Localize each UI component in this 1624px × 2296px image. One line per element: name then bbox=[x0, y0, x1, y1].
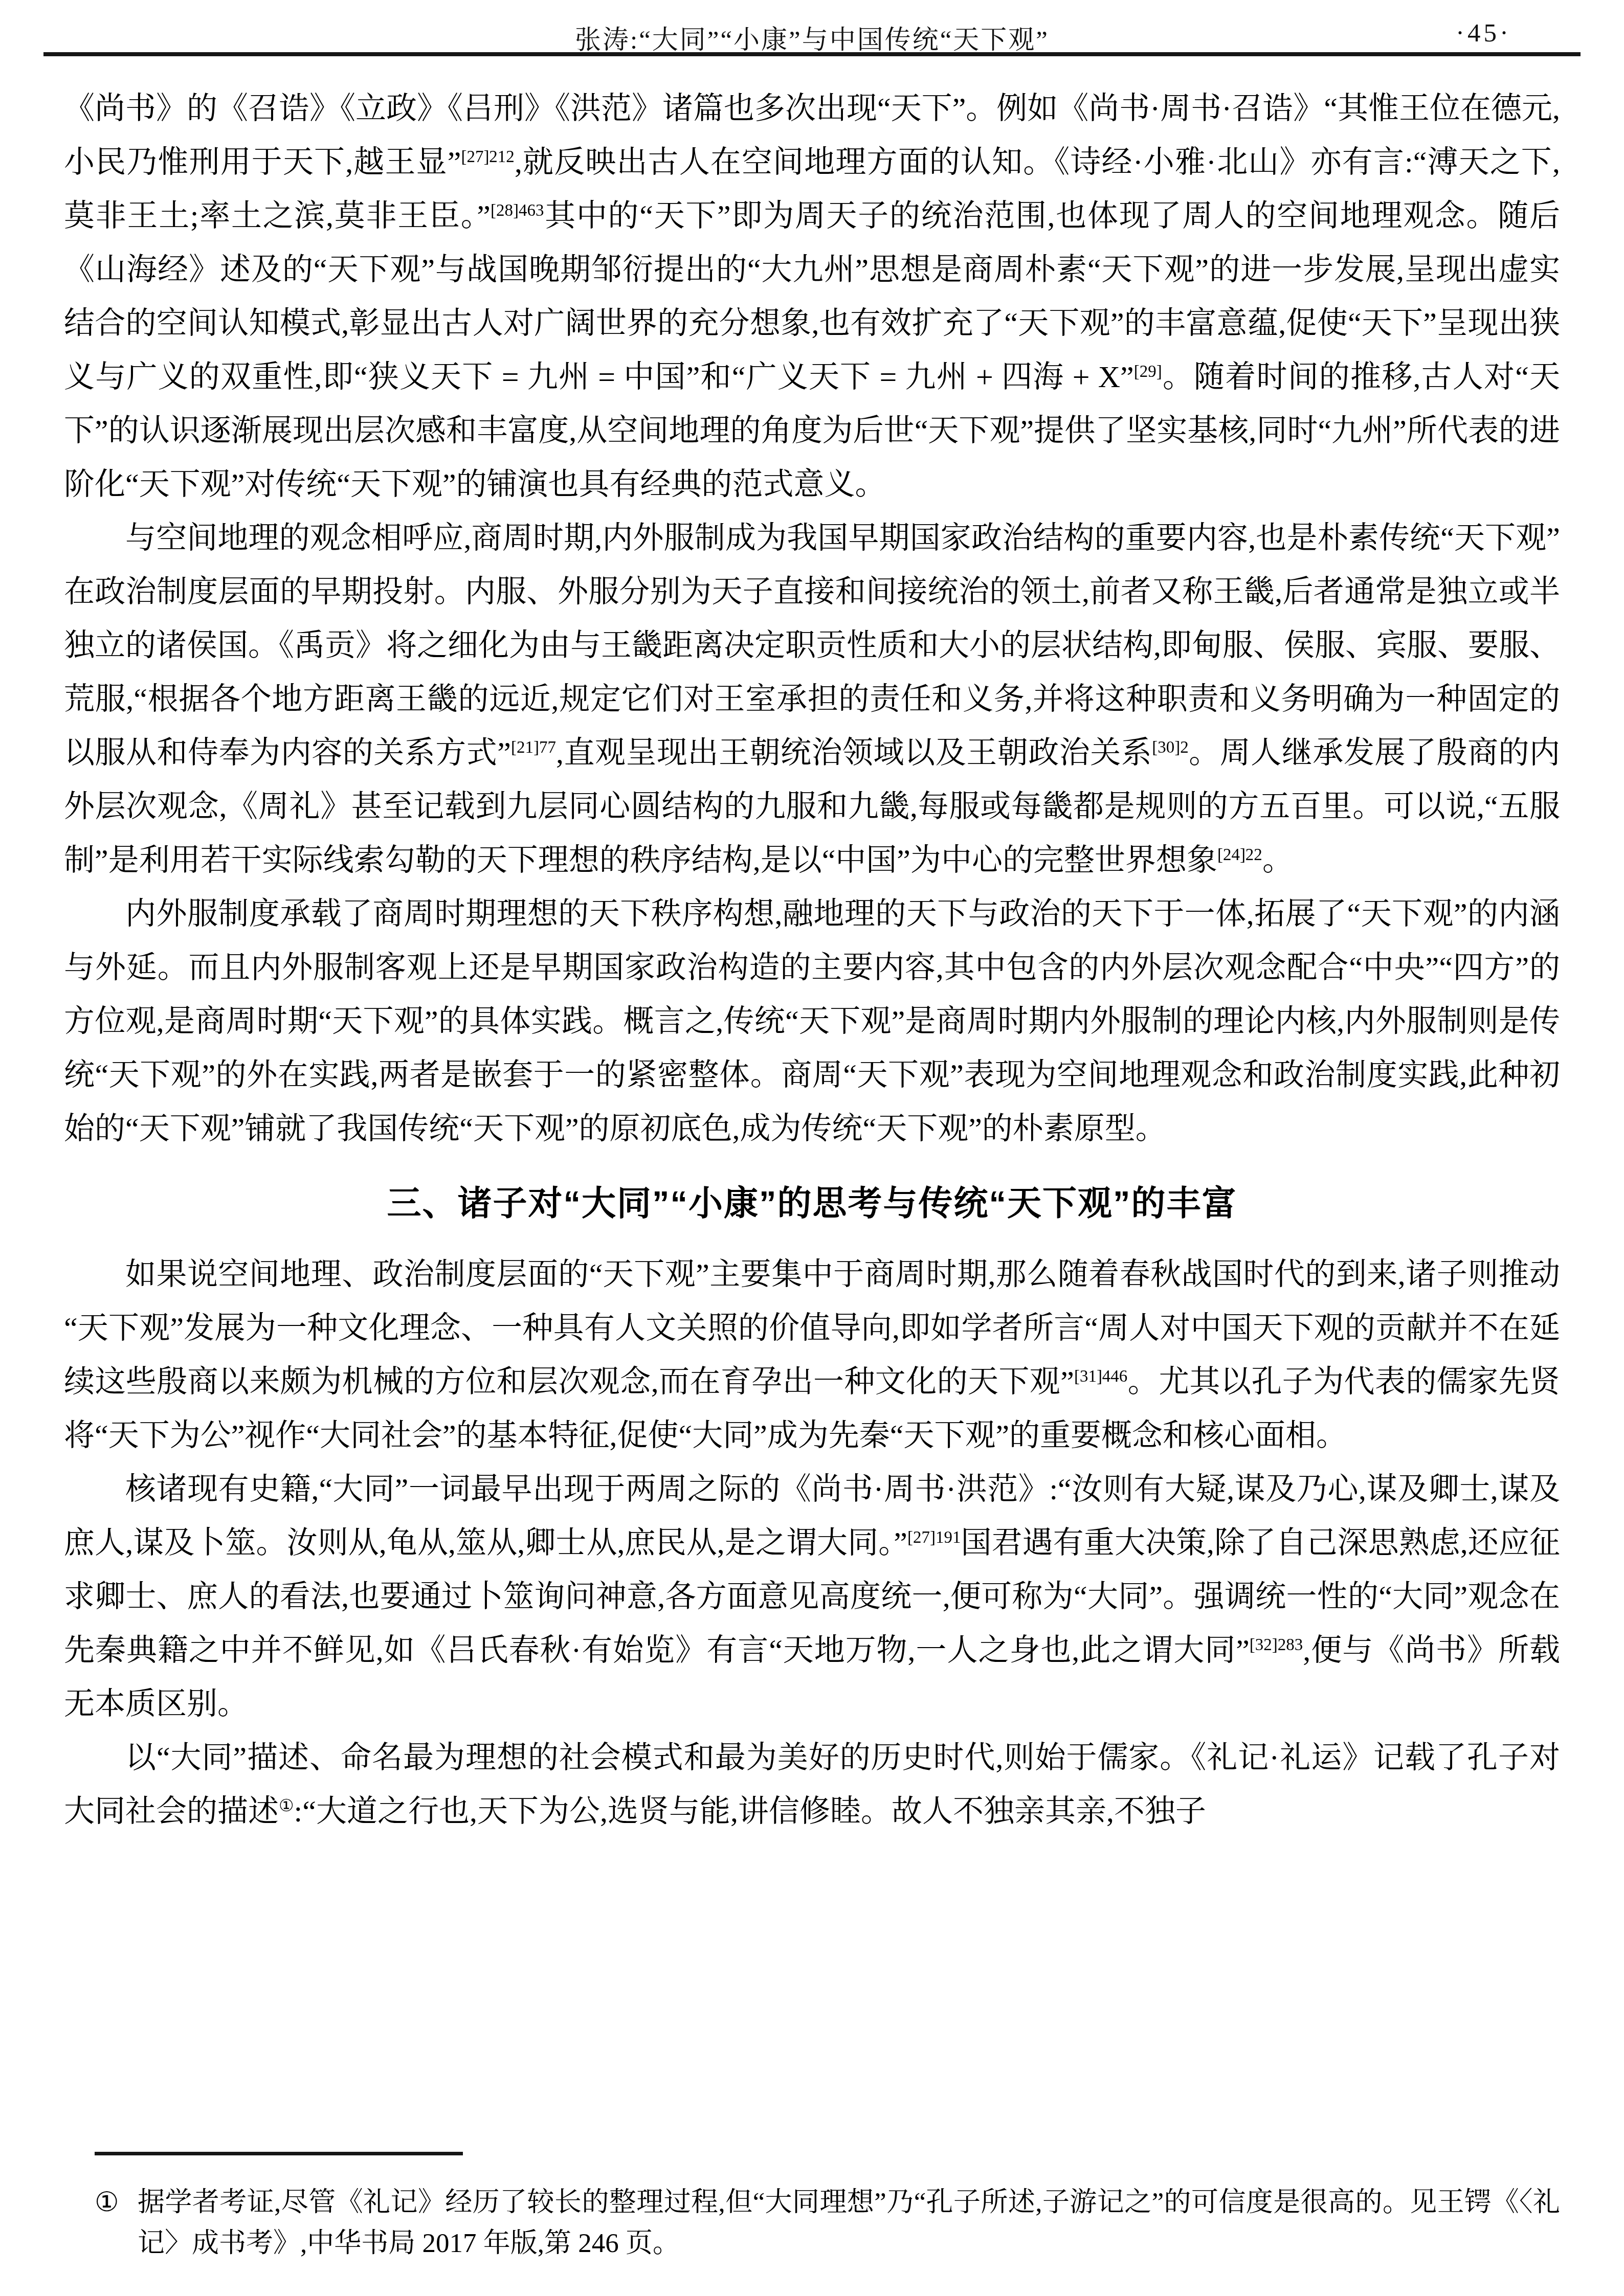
text-run: 与空间地理的观念相呼应,商周时期,内外服制成为我国早期国家政治结构的重要内容,也… bbox=[64, 521, 1560, 770]
reference-superscript: [28]463 bbox=[491, 201, 544, 220]
footnote-text: 据学者考证,尽管《礼记》经历了较长的整理过程,但“大同理想”乃“孔子所述,子游记… bbox=[138, 2182, 1560, 2264]
paragraph-neiwaifu-system: 与空间地理的观念相呼应,商周时期,内外服制成为我国早期国家政治结构的重要内容,也… bbox=[64, 511, 1560, 887]
paragraph-datong-origin: 核诸现有史籍,“大同”一词最早出现于两周之际的《尚书·周书·洪范》:“汝则有大疑… bbox=[64, 1462, 1560, 1731]
text-run: 。 bbox=[1262, 843, 1293, 877]
text-run: ,直观呈现出王朝统治领域以及王朝政治关系 bbox=[556, 736, 1152, 770]
text-run: 内外服制度承载了商周时期理想的天下秩序构想,融地理的天下与政治的天下于一体,拓展… bbox=[64, 897, 1560, 1145]
footnote-area: ① 据学者考证,尽管《礼记》经历了较长的整理过程,但“大同理想”乃“孔子所述,子… bbox=[95, 2152, 1560, 2264]
section-heading: 三、诸子对“大同”“小康”的思考与传统“天下观”的丰富 bbox=[64, 1178, 1560, 1229]
paragraph-neiwaifu-summary: 内外服制度承载了商周时期理想的天下秩序构想,融地理的天下与政治的天下于一体,拓展… bbox=[64, 887, 1560, 1156]
reference-superscript: [21]77 bbox=[511, 738, 556, 757]
paragraph-zhuzi-culture: 如果说空间地理、政治制度层面的“天下观”主要集中于商周时期,那么随着春秋战国时代… bbox=[64, 1248, 1560, 1462]
footnote-marker: ① bbox=[95, 2182, 138, 2223]
page-header: 张涛:“大同”“小康”与中国传统“天下观” ·45· bbox=[43, 0, 1581, 56]
reference-superscript: [27]191 bbox=[907, 1528, 961, 1547]
footnote-divider bbox=[95, 2152, 463, 2155]
paragraph-datong-liji: 以“大同”描述、命名最为理想的社会模式和最为美好的历史时代,则始于儒家。《礼记·… bbox=[64, 1731, 1560, 1838]
paragraph-shangshu-tianxia: 《尚书》的《召诰》《立政》《吕刑》《洪范》诸篇也多次出现“天下”。例如《尚书·周… bbox=[64, 82, 1560, 511]
article-body: 《尚书》的《召诰》《立政》《吕刑》《洪范》诸篇也多次出现“天下”。例如《尚书·周… bbox=[0, 56, 1624, 1838]
reference-superscript: [29] bbox=[1134, 363, 1162, 381]
footnote: ① 据学者考证,尽管《礼记》经历了较长的整理过程,但“大同理想”乃“孔子所述,子… bbox=[95, 2182, 1560, 2264]
reference-superscript: [24]22 bbox=[1217, 846, 1262, 864]
page-number: ·45· bbox=[1456, 18, 1511, 48]
reference-superscript: [27]212 bbox=[461, 148, 514, 166]
reference-superscript: [32]283 bbox=[1250, 1636, 1303, 1654]
reference-superscript: [31]446 bbox=[1074, 1367, 1127, 1386]
journal-page: 张涛:“大同”“小康”与中国传统“天下观” ·45· 《尚书》的《召诰》《立政》… bbox=[0, 0, 1624, 2296]
reference-superscript: ① bbox=[279, 1797, 294, 1815]
running-title: 张涛:“大同”“小康”与中国传统“天下观” bbox=[43, 18, 1581, 56]
reference-superscript: [30]2 bbox=[1152, 738, 1188, 757]
text-run: :“大道之行也,天下为公,选贤与能,讲信修睦。故人不独亲其亲,不独子 bbox=[294, 1794, 1206, 1828]
